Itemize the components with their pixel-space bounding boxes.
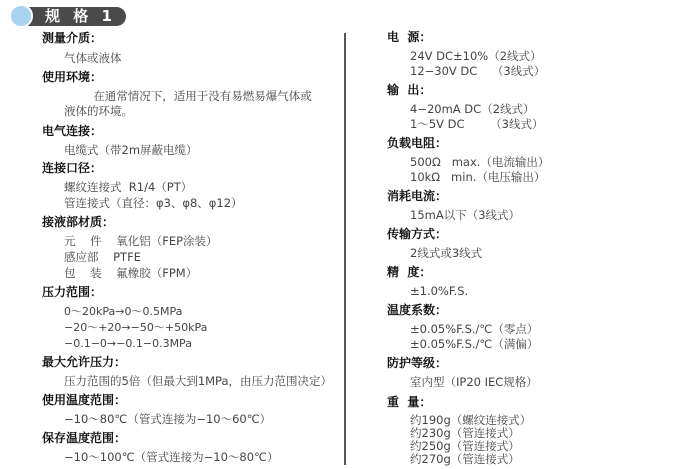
heading-pressure-range: 压力范围： [42, 285, 102, 300]
value-line: −0.1−0→−0.1−0.3MPa [64, 336, 192, 351]
heading-temp-coefficient: 温度系数： [387, 303, 447, 318]
heading-wetted-material: 接液部材质： [42, 215, 114, 230]
value-line: 气体或液体 [64, 51, 122, 66]
value-line: 包 装 氟橡胶（FPM） [64, 266, 197, 281]
value-line: 室内型（IP20 IEC规格） [410, 375, 538, 390]
heading-weight: 重 量： [387, 395, 431, 410]
value-line: 感应部 PTFE [64, 250, 141, 265]
heading-protection: 防护等级： [387, 356, 447, 371]
heading-environment: 使用环境： [42, 70, 102, 85]
value-line: 元 件 氧化铝（FEP涂装） [64, 234, 218, 249]
heading-current-consumption: 消耗电流： [387, 189, 447, 204]
heading-accuracy: 精 度： [387, 265, 431, 280]
heading-operating-temp: 使用温度范围： [42, 393, 126, 408]
value-line: 2线式或3线式 [410, 246, 482, 261]
value-line: 螺纹连接式 R1/4（PT） [64, 180, 192, 195]
value-line: 压力范围的5倍（但最大到1MPa，由压力范围决定） [64, 374, 332, 389]
value-line: 在通常情况下，适用于没有易燃易爆气体或 [64, 89, 312, 104]
heading-power: 电 源： [387, 30, 431, 45]
section-title: 规 格 1 [45, 7, 116, 26]
heading-output: 输 出： [387, 83, 431, 98]
heading-port: 连接口径： [42, 161, 102, 176]
value-line: 管连接式（直径：φ3、φ8、φ12） [64, 196, 243, 211]
value-line: 4−20mA DC（2线式） [410, 102, 535, 117]
value-line: 24V DC±10%（2线式） [410, 49, 542, 64]
heading-electrical: 电气连接： [42, 124, 102, 139]
value-line: ±0.05%F.S./℃（零点） [410, 322, 538, 337]
value-line: 液体的环境。 [64, 104, 133, 119]
spec-page: 规 格 1 测量介质： 气体或液体 使用环境： 在通常情况下，适用于没有易燃易爆… [0, 0, 700, 469]
heading-transmission: 传输方式： [387, 227, 447, 242]
heading-storage-temp: 保存温度范围： [42, 431, 126, 446]
section-badge: 规 格 1 [9, 4, 126, 28]
heading-load-resistance: 负载电阻： [387, 136, 447, 151]
value-line: 12−30V DC （3线式） [410, 64, 545, 79]
value-line: −10～100℃（管式连接为−10～80℃） [64, 450, 278, 465]
value-line: 15mA以下（3线式） [410, 208, 520, 223]
value-line: 电缆式（带2m屏蔽电缆） [64, 143, 198, 158]
value-line: 约270g（管连接式） [410, 453, 520, 466]
value-line: 10kΩ min.（电压输出） [410, 170, 545, 185]
circle-icon [9, 4, 33, 28]
value-line: ±1.0%F.S. [410, 284, 468, 299]
value-line: 500Ω max.（电流输出） [410, 155, 549, 170]
column-divider [344, 33, 346, 465]
heading-max-pressure: 最大允许压力： [42, 355, 126, 370]
value-line: −10～80℃（管式连接为−10～60℃） [64, 412, 271, 427]
value-line: 0～20kPa→0～0.5MPa [64, 304, 182, 319]
value-line: −20～+20→−50～+50kPa [64, 320, 207, 335]
heading-medium: 测量介质： [42, 31, 102, 46]
value-line: ±0.05%F.S./℃（满偏） [410, 337, 538, 352]
value-line: 1～5V DC （3线式） [410, 117, 543, 132]
